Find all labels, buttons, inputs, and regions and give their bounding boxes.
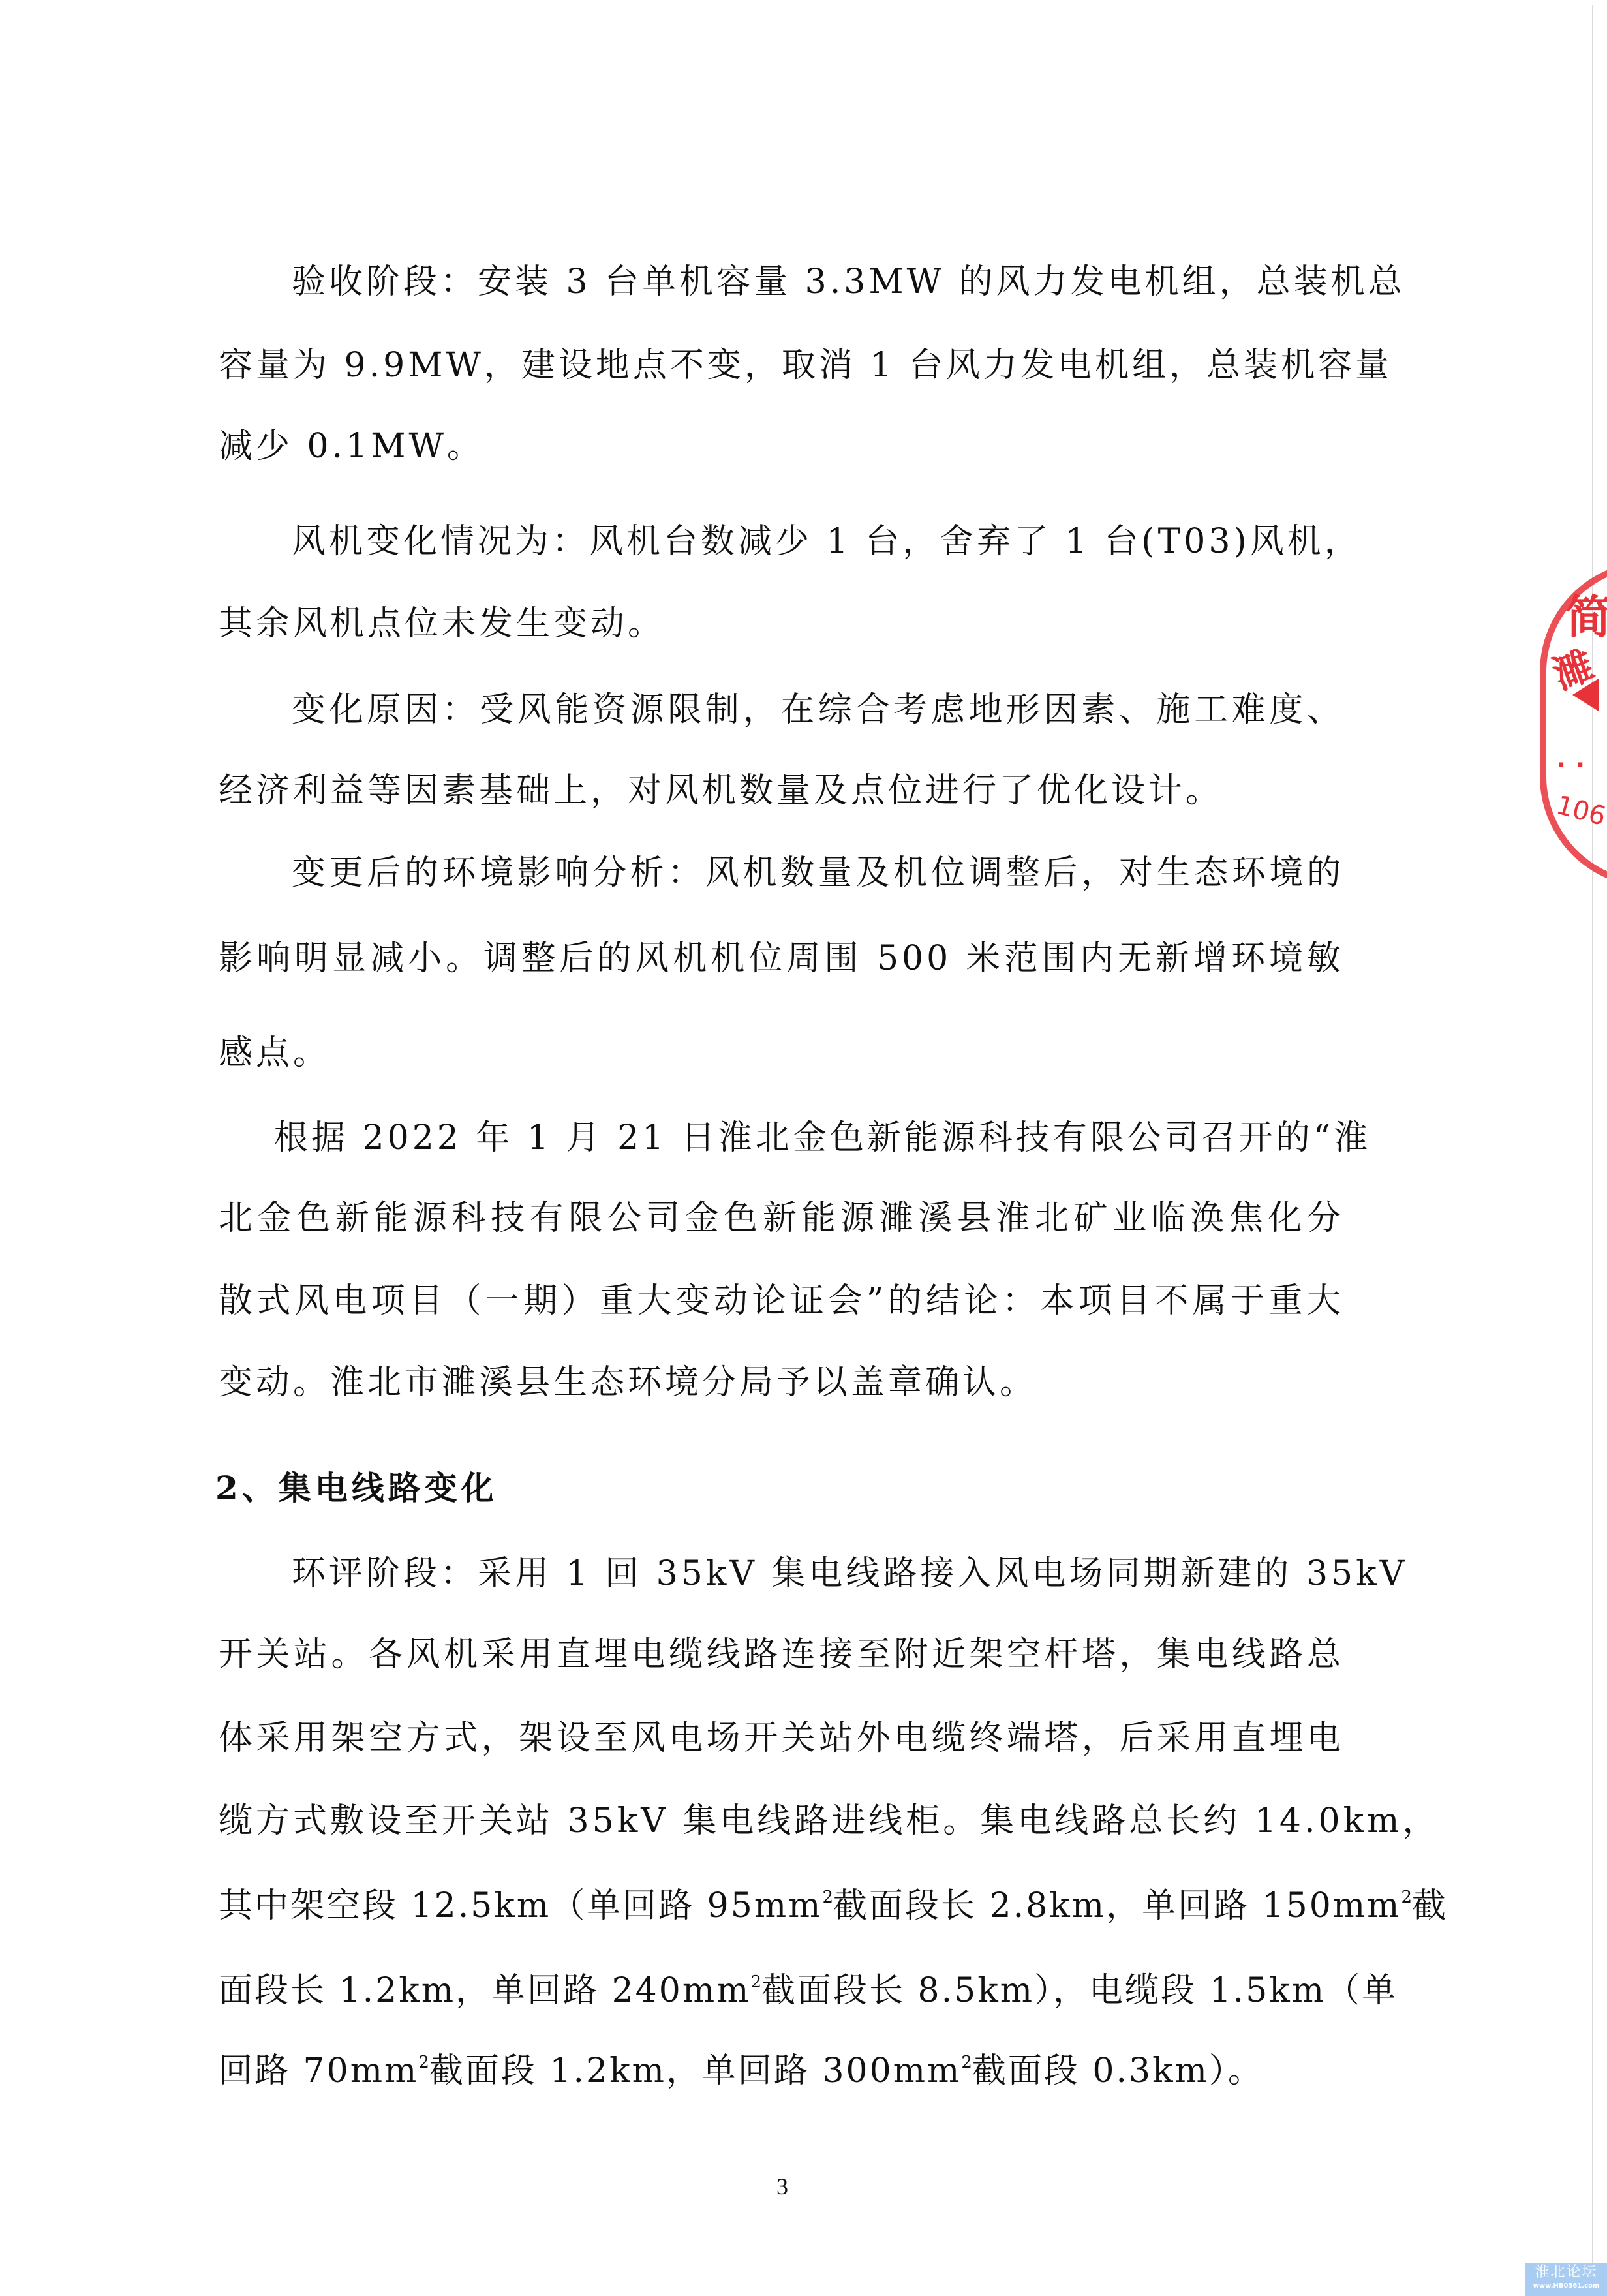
text-segment: 面段长 1.2km，单回路 240mm — [219, 1971, 750, 2010]
text-line: 感点。 — [219, 1032, 1344, 1074]
superscript: 2 — [1401, 1888, 1412, 1907]
text-segment: 截 — [1412, 1886, 1448, 1925]
text-segment: 其中架空段 12.5km（单回路 95mm — [219, 1886, 822, 1925]
scan-top-edge — [0, 7, 1592, 7]
text-line: 缆方式敷设至开关站 35kV 集电线路进线柜。集电线路总长约 14.0km， — [219, 1800, 1344, 1842]
text-line: 开关站。各风机采用直埋电缆线路连接至附近架空杆塔，集电线路总 — [219, 1634, 1344, 1676]
text-segment: 截面段长 8.5km），电缆段 1.5km（单 — [761, 1971, 1398, 2010]
superscript: 2 — [961, 2053, 972, 2072]
text-line: 其余风机点位未发生变动。 — [219, 603, 1344, 645]
text-segment: 截面段 0.3km）。 — [972, 2051, 1264, 2090]
text-line: 北金色新能源科技有限公司金色新能源濉溪县淮北矿业临涣焦化分 — [219, 1197, 1344, 1239]
seal-dots: · · — [1556, 750, 1585, 780]
text-line: 风机变化情况为：风机台数减少 1 台，舍弃了 1 台(T03)风机， — [292, 521, 1344, 562]
text-segment: 截面段长 2.8km，单回路 150mm — [833, 1886, 1401, 1925]
watermark-title: 淮北论坛 — [1525, 2263, 1607, 2282]
superscript: 2 — [750, 1972, 761, 1992]
forum-watermark: 淮北论坛 www.HB0561.com — [1525, 2263, 1607, 2296]
text-line: 环评阶段：采用 1 回 35kV 集电线路接入风电场同期新建的 35kV — [292, 1553, 1344, 1595]
text-segment: 回路 70mm — [219, 2051, 418, 2090]
text-line: 面段长 1.2km，单回路 240mm2截面段长 8.5km），电缆段 1.5k… — [219, 1970, 1344, 2012]
text-line: 变更后的环境影响分析：风机数量及机位调整后，对生态环境的 — [292, 852, 1344, 894]
text-line: 散式风电项目（一期）重大变动论证会”的结论：本项目不属于重大 — [219, 1280, 1344, 1322]
text-line: 经济利益等因素基础上，对风机数量及点位进行了优化设计。 — [219, 770, 1344, 812]
seal-star-icon — [1572, 679, 1599, 711]
superscript: 2 — [822, 1888, 833, 1907]
section-heading: 2、集电线路变化 — [215, 1467, 498, 1509]
text-line: 影响明显减小。调整后的风机机位周围 500 米范围内无新增环境敏 — [219, 938, 1344, 979]
text-line: 根据 2022 年 1 月 21 日淮北金色新能源科技有限公司召开的“淮 — [274, 1117, 1344, 1159]
text-line: 减少 0.1MW。 — [219, 425, 1344, 467]
text-line: 回路 70mm2截面段 1.2km，单回路 300mm2截面段 0.3km）。 — [219, 2050, 1344, 2092]
superscript: 2 — [418, 2053, 429, 2072]
text-line: 验收阶段：安装 3 台单机容量 3.3MW 的风力发电机组，总装机总 — [292, 261, 1344, 303]
text-line: 变化原因：受风能资源限制，在综合考虑地形因素、施工难度、 — [292, 689, 1344, 731]
scan-right-edge — [1592, 5, 1593, 2296]
seal-character: 简 — [1566, 581, 1607, 647]
watermark-url: www.HB0561.com — [1525, 2282, 1607, 2291]
page-number: 3 — [776, 2173, 788, 2200]
text-segment: 截面段 1.2km，单回路 300mm — [429, 2051, 961, 2090]
text-line: 其中架空段 12.5km（单回路 95mm2截面段长 2.8km，单回路 150… — [219, 1885, 1344, 1927]
text-line: 体采用架空方式，架设至风电场开关站外电缆终端塔，后采用直埋电 — [219, 1717, 1344, 1759]
text-line: 变动。淮北市濉溪县生态环境分局予以盖章确认。 — [219, 1362, 1344, 1403]
text-line: 容量为 9.9MW，建设地点不变，取消 1 台风力发电机组，总装机容量 — [219, 344, 1344, 386]
